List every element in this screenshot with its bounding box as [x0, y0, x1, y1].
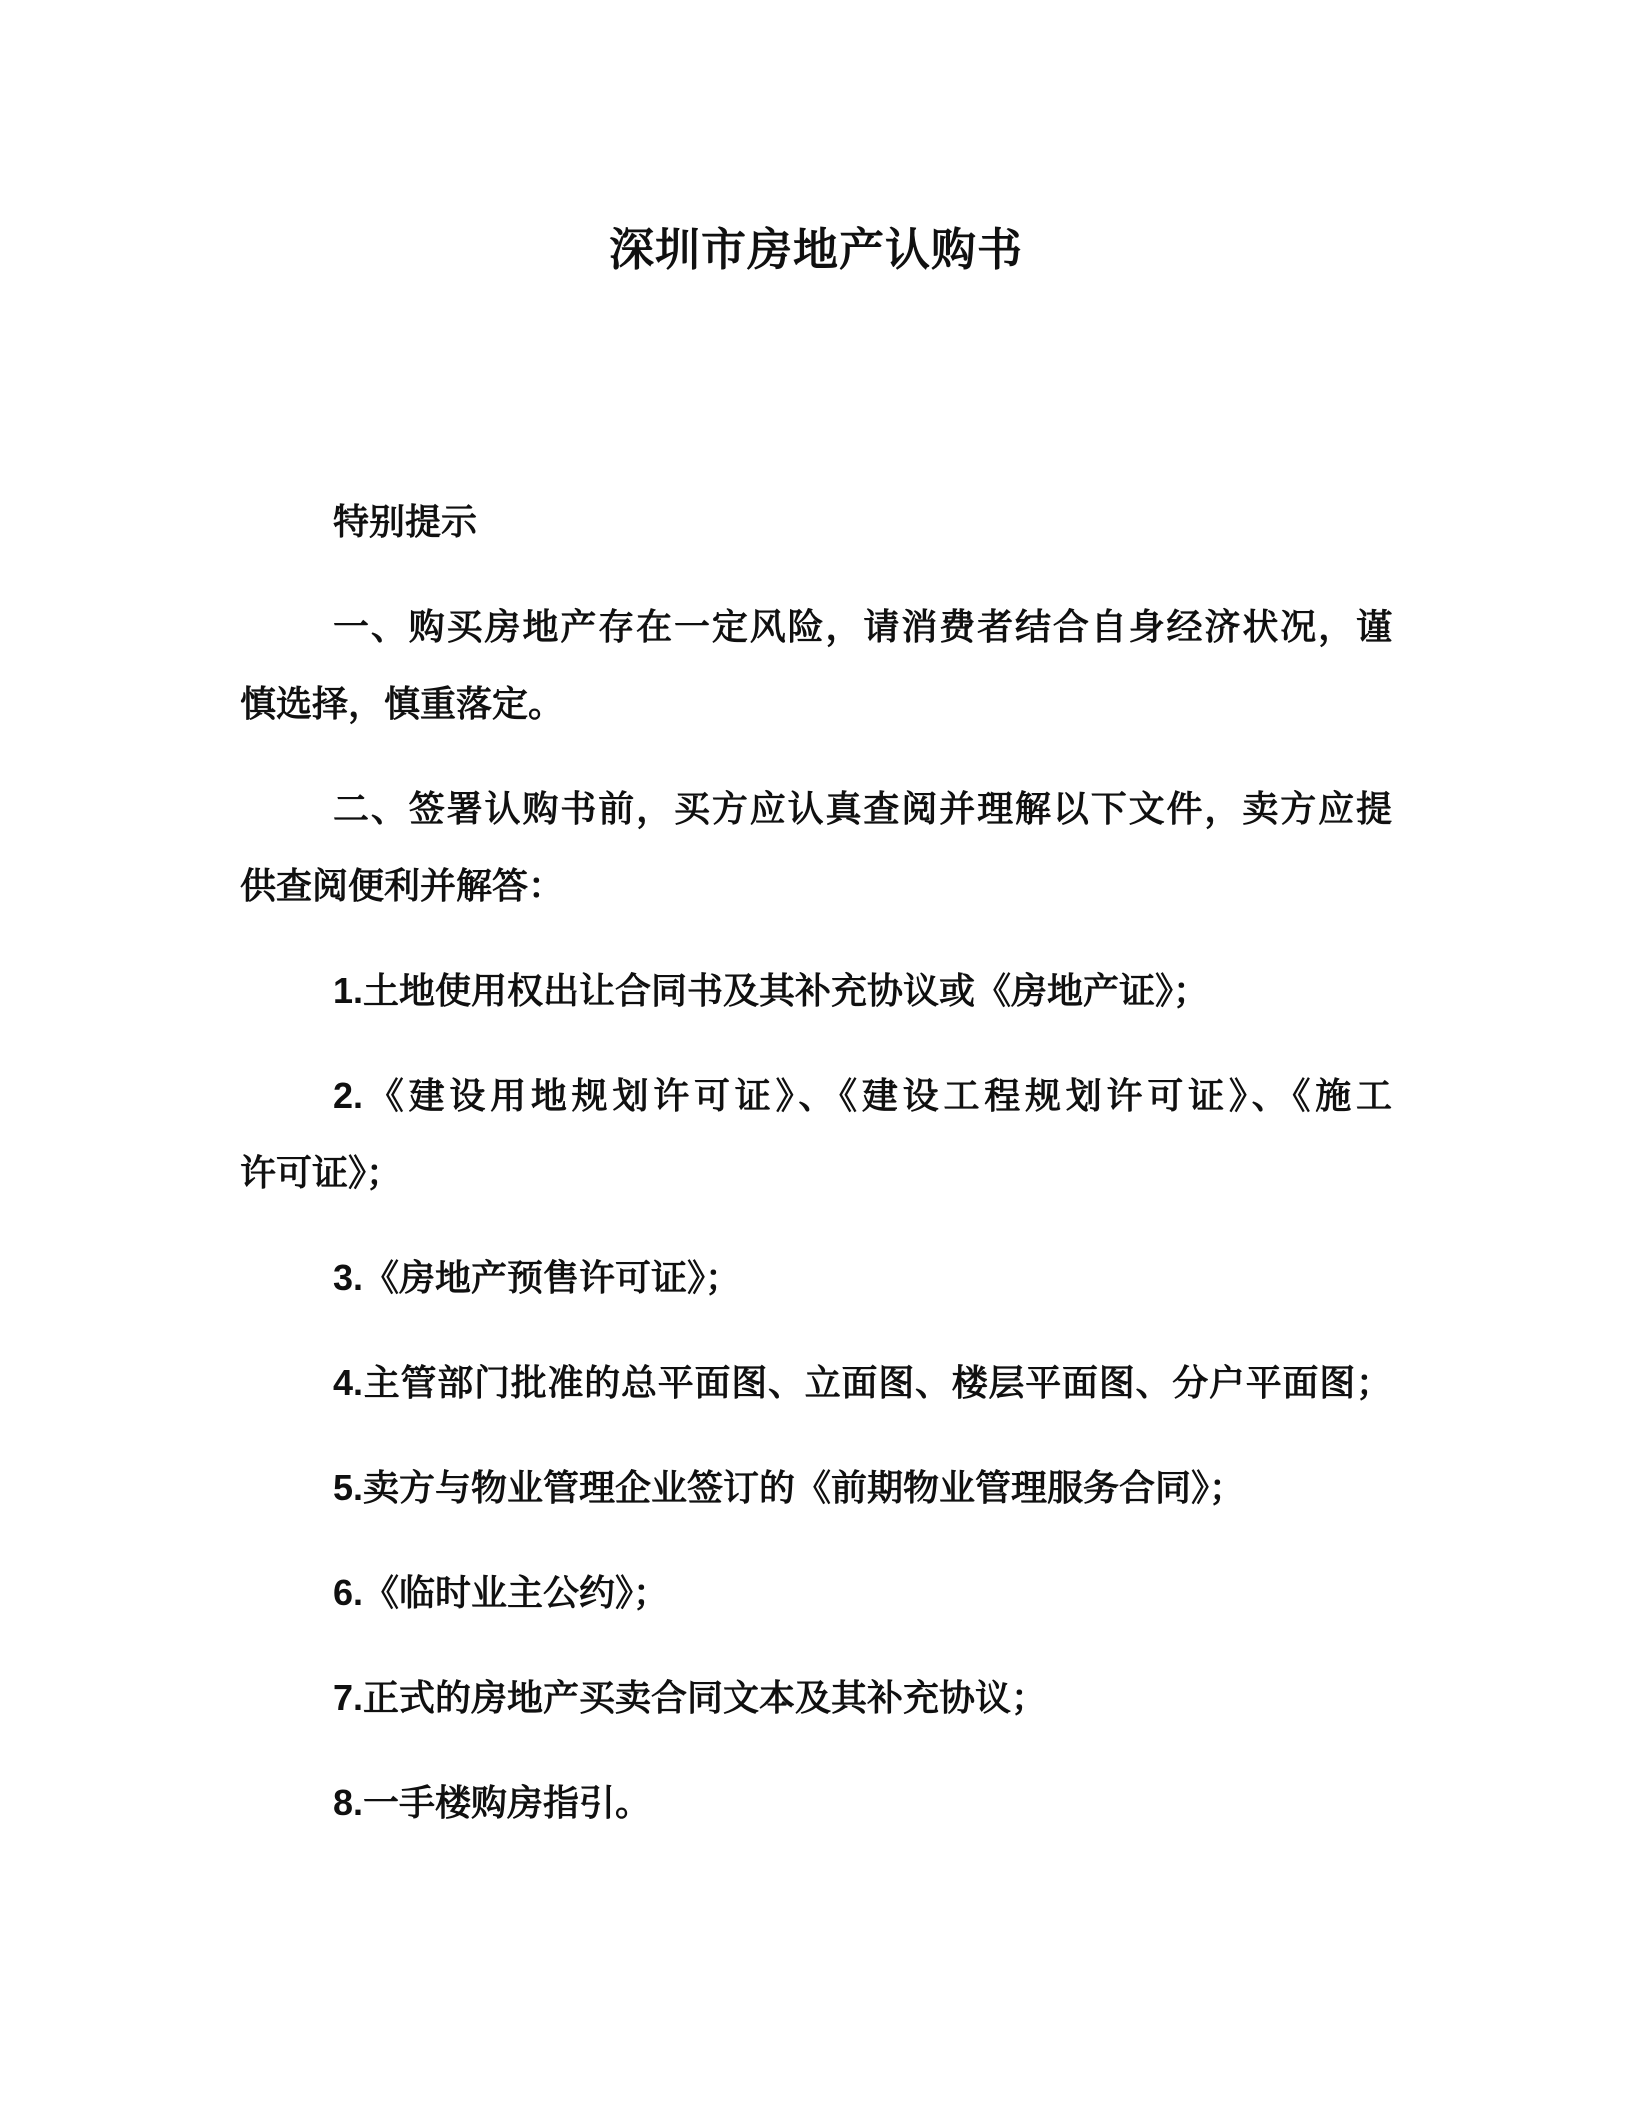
list-item-1: 1.土地使用权出让合同书及其补充协议或《房地产证》；: [240, 952, 1392, 1029]
paragraph-line: 供查阅便利并解答：: [240, 847, 1392, 924]
list-item-8: 8.一手楼购房指引。: [240, 1764, 1392, 1841]
section-heading-paragraph: 特别提示: [240, 483, 1392, 560]
document-page: 深圳市房地产认购书 特别提示 一、购买房地产存在一定风险，请消费者结合自身经济状…: [0, 0, 1632, 2112]
paragraph-line: 一、购买房地产存在一定风险，请消费者结合自身经济状况，谨: [240, 588, 1392, 665]
list-item-6: 6.《临时业主公约》；: [240, 1554, 1392, 1631]
paragraph-line: 许可证》；: [240, 1134, 1392, 1211]
list-item-3: 3.《房地产预售许可证》；: [240, 1239, 1392, 1316]
paragraph-line: 3.《房地产预售许可证》；: [240, 1239, 1392, 1316]
list-item-5: 5.卖方与物业管理企业签订的《前期物业管理服务合同》；: [240, 1449, 1392, 1526]
list-item-4: 4.主管部门批准的总平面图、立面图、楼层平面图、分户平面图；: [240, 1344, 1392, 1421]
paragraph-line: 1.土地使用权出让合同书及其补充协议或《房地产证》；: [240, 952, 1392, 1029]
section-heading: 特别提示: [240, 483, 1392, 560]
paragraph-line: 二、签署认购书前，买方应认真查阅并理解以下文件，卖方应提: [240, 770, 1392, 847]
list-item-2: 2.《建设用地规划许可证》、《建设工程规划许可证》、《施工 许可证》；: [240, 1057, 1392, 1211]
paragraph-line: 7.正式的房地产买卖合同文本及其补充协议；: [240, 1659, 1392, 1736]
list-item-7: 7.正式的房地产买卖合同文本及其补充协议；: [240, 1659, 1392, 1736]
paragraph-line: 5.卖方与物业管理企业签订的《前期物业管理服务合同》；: [240, 1449, 1392, 1526]
document-title: 深圳市房地产认购书: [240, 205, 1392, 295]
paragraph-risk-warning: 一、购买房地产存在一定风险，请消费者结合自身经济状况，谨 慎选择，慎重落定。: [240, 588, 1392, 742]
paragraph-review-documents: 二、签署认购书前，买方应认真查阅并理解以下文件，卖方应提 供查阅便利并解答：: [240, 770, 1392, 924]
paragraph-line: 慎选择，慎重落定。: [240, 665, 1392, 742]
paragraph-line: 2.《建设用地规划许可证》、《建设工程规划许可证》、《施工: [240, 1057, 1392, 1134]
paragraph-line: 6.《临时业主公约》；: [240, 1554, 1392, 1631]
paragraph-line: 8.一手楼购房指引。: [240, 1764, 1392, 1841]
paragraph-line: 4.主管部门批准的总平面图、立面图、楼层平面图、分户平面图；: [240, 1344, 1392, 1421]
